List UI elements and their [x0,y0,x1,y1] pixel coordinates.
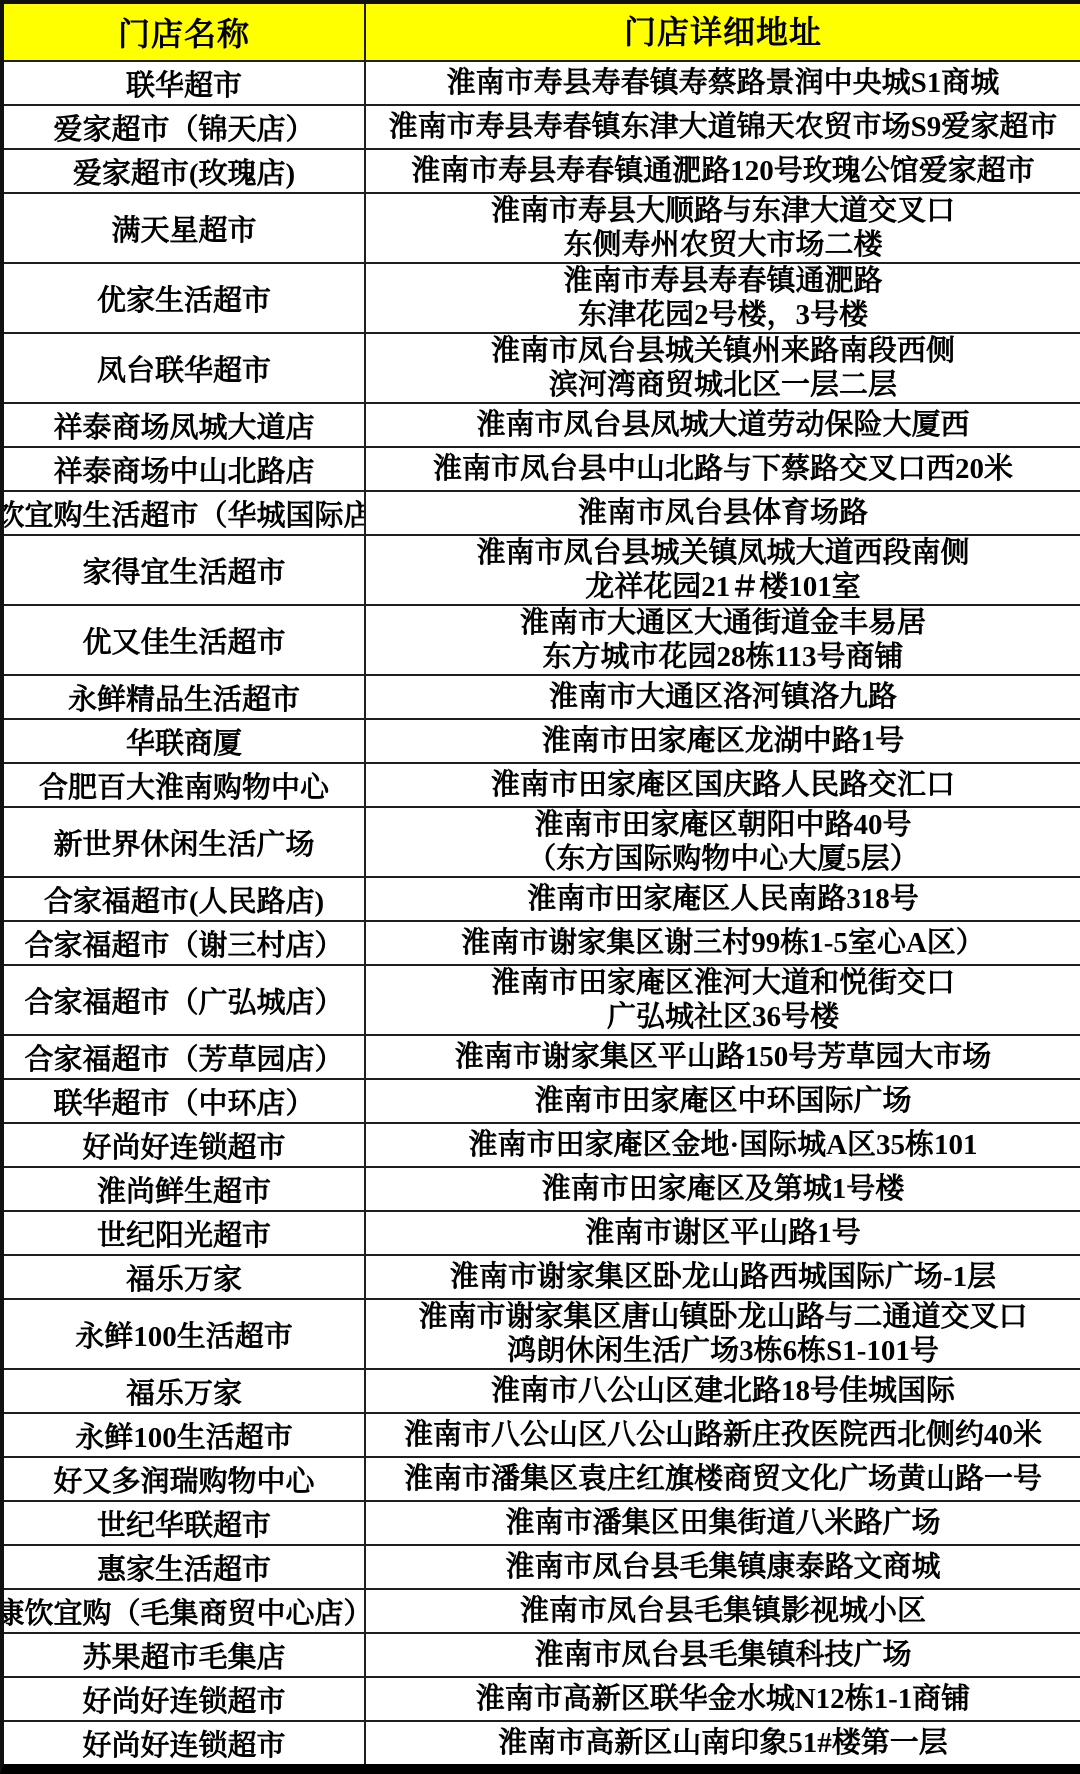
store-address-cell: 淮南市寿县寿春镇东津大道锦天农贸市场S9爱家超市 [366,106,1080,148]
store-name-cell: 好又多润瑞购物中心 [4,1458,366,1500]
store-name: 合家福超市(人民路店) [44,879,324,920]
store-name: 凤台联华超市 [97,348,271,389]
address-line: 淮南市潘集区田集街道八米路广场 [505,1506,940,1540]
table-row: 合家福超市（广弘城店）淮南市田家庵区淮河大道和悦街交口广弘城社区36号楼 [4,966,1080,1036]
table-row: 永鲜精品生活超市淮南市大通区洛河镇洛九路 [4,676,1080,720]
address-line: 东侧寿州农贸大市场二楼 [563,228,882,262]
address-line: 淮南市田家庵区及第城1号楼 [542,1172,905,1206]
store-name-cell: 永鲜100生活超市 [4,1414,366,1456]
address-line: 淮南市大通区大通街道金丰易居 [520,606,926,640]
store-name: 好尚好连锁超市 [82,1125,285,1166]
store-address-cell: 淮南市寿县寿春镇寿蔡路景润中央城S1商城 [366,62,1080,104]
store-address-cell: 淮南市田家庵区金地·国际城A区35栋101 [366,1124,1080,1166]
address-line: 淮南市高新区联华金水城N12栋1-1商铺 [476,1682,971,1716]
address-line: 淮南市田家庵区朝阳中路40号 [534,808,911,842]
store-name-cell: 好尚好连锁超市 [4,1124,366,1166]
header-store-name-col: 门店名称 [4,4,366,60]
store-name: 好又多润瑞购物中心 [53,1459,314,1500]
table-row: 永鲜100生活超市淮南市八公山区八公山路新庄孜医院西北侧约40米 [4,1414,1080,1458]
store-name: 世纪华联超市 [97,1503,271,1544]
store-name: 世纪阳光超市 [97,1213,271,1254]
store-address-cell: 淮南市八公山区八公山路新庄孜医院西北侧约40米 [366,1414,1080,1456]
store-name: 祥泰商场中山北路店 [53,449,314,490]
store-name: 联华超市 [126,63,242,104]
store-name-cell: 合家福超市（广弘城店） [4,966,366,1034]
store-address-cell: 淮南市高新区山南印象51#楼第一层 [366,1722,1080,1764]
store-address-cell: 淮南市田家庵区龙湖中路1号 [366,720,1080,762]
address-line: 淮南市高新区山南印象51#楼第一层 [498,1726,948,1760]
store-name-cell: 华联商厦 [4,720,366,762]
address-line: 淮南市凤台县体育场路 [578,496,868,530]
store-address-cell: 淮南市谢区平山路1号 [366,1212,1080,1254]
header-store-name-label: 门店名称 [118,9,250,55]
store-name: 合家福超市（谢三村店） [24,923,343,964]
table-row: 优家生活超市淮南市寿县寿春镇通淝路东津花园2号楼，3号楼 [4,264,1080,334]
store-name: 华联商厦 [126,721,242,762]
table-row: 合家福超市（谢三村店）淮南市谢家集区谢三村99栋1-5室心A区） [4,922,1080,966]
table-row: 合家福超市（芳草园店）淮南市谢家集区平山路150号芳草园大市场 [4,1036,1080,1080]
store-name: 家得宜生活超市 [82,550,285,591]
store-address-cell: 淮南市大通区大通街道金丰易居东方城市花园28栋113号商铺 [366,606,1080,674]
store-name-cell: 合家福超市（谢三村店） [4,922,366,964]
table-row: 爱家超市(玫瑰店)淮南市寿县寿春镇通淝路120号玫瑰公馆爱家超市 [4,150,1080,194]
address-line: 滨河湾商贸城北区一层二层 [549,368,897,402]
address-line: 东方城市花园28栋113号商铺 [543,640,904,674]
address-line: 淮南市寿县寿春镇东津大道锦天农贸市场S9爱家超市 [389,110,1058,144]
table-row: 惠家生活超市淮南市凤台县毛集镇康泰路文商城 [4,1546,1080,1590]
table-row: 联华超市淮南市寿县寿春镇寿蔡路景润中央城S1商城 [4,62,1080,106]
table-row: 康饮宜购（毛集商贸中心店）淮南市凤台县毛集镇影视城小区 [4,1590,1080,1634]
table-row: 新世界休闲生活广场淮南市田家庵区朝阳中路40号（东方国际购物中心大厦5层） [4,808,1080,878]
store-address-cell: 淮南市谢家集区谢三村99栋1-5室心A区） [366,922,1080,964]
store-name-cell: 合家福超市（芳草园店） [4,1036,366,1078]
store-name-cell: 新世界休闲生活广场 [4,808,366,876]
store-name-cell: 联华超市 [4,62,366,104]
store-name-cell: 康饮宜购（毛集商贸中心店） [4,1590,366,1632]
table-row: 合家福超市(人民路店)淮南市田家庵区人民南路318号 [4,878,1080,922]
store-name: 祥泰商场凤城大道店 [53,405,314,446]
store-name-cell: 祥泰商场中山北路店 [4,448,366,490]
store-address-cell: 淮南市谢家集区平山路150号芳草园大市场 [366,1036,1080,1078]
store-name-cell: 世纪阳光超市 [4,1212,366,1254]
address-line: 淮南市寿县寿春镇通淝路120号玫瑰公馆爱家超市 [411,154,1035,188]
address-line: 淮南市凤台县毛集镇科技广场 [534,1638,911,1672]
table-row: 好又多润瑞购物中心淮南市潘集区袁庄红旗楼商贸文化广场黄山路一号 [4,1458,1080,1502]
store-name: 好尚好连锁超市 [82,1679,285,1720]
store-name-cell: 爱家超市(玫瑰店) [4,150,366,192]
header-store-address-col: 门店详细地址 [366,4,1080,60]
store-name-cell: 永鲜100生活超市 [4,1300,366,1368]
store-name-cell: 康饮宜购生活超市（华城国际店） [4,492,366,534]
table-row: 世纪华联超市淮南市潘集区田集街道八米路广场 [4,1502,1080,1546]
store-name-cell: 惠家生活超市 [4,1546,366,1588]
store-name-cell: 福乐万家 [4,1370,366,1412]
store-address-cell: 淮南市寿县大顺路与东津大道交叉口东侧寿州农贸大市场二楼 [366,194,1080,262]
address-line: 淮南市大通区洛河镇洛九路 [549,680,897,714]
store-name: 联华超市（中环店） [53,1081,314,1122]
address-line: 淮南市寿县大顺路与东津大道交叉口 [491,194,955,228]
store-address-cell: 淮南市寿县寿春镇通淝路东津花园2号楼，3号楼 [366,264,1080,332]
table-row: 凤台联华超市淮南市凤台县城关镇州来路南段西侧滨河湾商贸城北区一层二层 [4,334,1080,404]
store-address-cell: 淮南市大通区洛河镇洛九路 [366,676,1080,718]
store-name-cell: 永鲜精品生活超市 [4,676,366,718]
address-line: 淮南市田家庵区龙湖中路1号 [542,724,905,758]
address-line: 淮南市凤台县毛集镇影视城小区 [520,1594,926,1628]
header-row: 门店名称 门店详细地址 [4,4,1080,62]
table-row: 康饮宜购生活超市（华城国际店）淮南市凤台县体育场路 [4,492,1080,536]
store-address-cell: 淮南市凤台县毛集镇影视城小区 [366,1590,1080,1632]
store-address-cell: 淮南市潘集区田集街道八米路广场 [366,1502,1080,1544]
store-address-cell: 淮南市凤台县毛集镇康泰路文商城 [366,1546,1080,1588]
table-row: 福乐万家淮南市八公山区建北路18号佳城国际 [4,1370,1080,1414]
table-row: 爱家超市（锦天店）淮南市寿县寿春镇东津大道锦天农贸市场S9爱家超市 [4,106,1080,150]
store-address-cell: 淮南市高新区联华金水城N12栋1-1商铺 [366,1678,1080,1720]
store-name: 永鲜100生活超市 [75,1314,293,1355]
address-line: 淮南市谢家集区平山路150号芳草园大市场 [455,1040,992,1074]
store-name: 好尚好连锁超市 [82,1723,285,1764]
table-row: 好尚好连锁超市淮南市高新区山南印象51#楼第一层 [4,1722,1080,1766]
store-address-cell: 淮南市田家庵区国庆路人民路交汇口 [366,764,1080,806]
address-line: 淮南市凤台县城关镇州来路南段西侧 [491,334,955,368]
store-address-cell: 淮南市田家庵区人民南路318号 [366,878,1080,920]
store-name: 福乐万家 [126,1371,242,1412]
store-address-cell: 淮南市田家庵区淮河大道和悦街交口广弘城社区36号楼 [366,966,1080,1034]
address-line: 淮南市田家庵区金地·国际城A区35栋101 [468,1128,977,1162]
address-line: 淮南市谢家集区唐山镇卧龙山路与二通道交叉口 [418,1300,1027,1334]
store-address-cell: 淮南市田家庵区朝阳中路40号（东方国际购物中心大厦5层） [366,808,1080,876]
store-address-cell: 淮南市凤台县体育场路 [366,492,1080,534]
store-name: 新世界休闲生活广场 [53,822,314,863]
store-name-cell: 合肥百大淮南购物中心 [4,764,366,806]
table-row: 祥泰商场凤城大道店淮南市凤台县凤城大道劳动保险大厦西 [4,404,1080,448]
address-line: 淮南市八公山区建北路18号佳城国际 [491,1374,955,1408]
store-name-cell: 爱家超市（锦天店） [4,106,366,148]
address-line: 淮南市凤台县毛集镇康泰路文商城 [505,1550,940,1584]
table-row: 苏果超市毛集店淮南市凤台县毛集镇科技广场 [4,1634,1080,1678]
store-address-cell: 淮南市潘集区袁庄红旗楼商贸文化广场黄山路一号 [366,1458,1080,1500]
address-line: 淮南市谢区平山路1号 [585,1216,861,1250]
store-address-cell: 淮南市凤台县城关镇凤城大道西段南侧龙祥花园21＃楼101室 [366,536,1080,604]
store-name: 优又佳生活超市 [82,620,285,661]
store-name: 满天星超市 [111,208,256,249]
store-name: 合肥百大淮南购物中心 [39,765,329,806]
address-line: 淮南市寿县寿春镇通淝路 [563,264,882,298]
address-line: 淮南市八公山区八公山路新庄孜医院西北侧约40米 [404,1418,1042,1452]
address-line: 淮南市田家庵区淮河大道和悦街交口 [491,966,955,1000]
store-table: 门店名称 门店详细地址 联华超市淮南市寿县寿春镇寿蔡路景润中央城S1商城爱家超市… [0,0,1080,1774]
address-line: 淮南市谢家集区卧龙山路西城国际广场-1层 [450,1260,996,1294]
store-name-cell: 优又佳生活超市 [4,606,366,674]
store-name: 淮尚鲜生超市 [97,1169,271,1210]
address-line: 淮南市凤台县凤城大道劳动保险大厦西 [476,408,969,442]
store-name-cell: 苏果超市毛集店 [4,1634,366,1676]
table-row: 淮尚鲜生超市淮南市田家庵区及第城1号楼 [4,1168,1080,1212]
store-address-cell: 淮南市谢家集区卧龙山路西城国际广场-1层 [366,1256,1080,1298]
address-line: 淮南市田家庵区国庆路人民路交汇口 [491,768,955,802]
address-line: 淮南市谢家集区谢三村99栋1-5室心A区） [461,926,985,960]
address-line: 淮南市凤台县城关镇凤城大道西段南侧 [476,536,969,570]
table-row: 优又佳生活超市淮南市大通区大通街道金丰易居东方城市花园28栋113号商铺 [4,606,1080,676]
table-row: 华联商厦淮南市田家庵区龙湖中路1号 [4,720,1080,764]
table-row: 福乐万家淮南市谢家集区卧龙山路西城国际广场-1层 [4,1256,1080,1300]
store-name: 合家福超市（芳草园店） [24,1037,343,1078]
address-line: 东津花园2号楼，3号楼 [578,298,868,332]
table-row: 家得宜生活超市淮南市凤台县城关镇凤城大道西段南侧龙祥花园21＃楼101室 [4,536,1080,606]
address-line: 广弘城社区36号楼 [607,1000,839,1034]
store-name-cell: 优家生活超市 [4,264,366,332]
table-row: 世纪阳光超市淮南市谢区平山路1号 [4,1212,1080,1256]
table-row: 满天星超市淮南市寿县大顺路与东津大道交叉口东侧寿州农贸大市场二楼 [4,194,1080,264]
table-row: 祥泰商场中山北路店淮南市凤台县中山北路与下蔡路交叉口西20米 [4,448,1080,492]
table-row: 好尚好连锁超市淮南市田家庵区金地·国际城A区35栋101 [4,1124,1080,1168]
store-name: 爱家超市(玫瑰店) [73,151,295,192]
table-row: 联华超市（中环店）淮南市田家庵区中环国际广场 [4,1080,1080,1124]
store-name-cell: 满天星超市 [4,194,366,262]
store-address-cell: 淮南市寿县寿春镇通淝路120号玫瑰公馆爱家超市 [366,150,1080,192]
store-name: 惠家生活超市 [97,1547,271,1588]
store-name: 永鲜精品生活超市 [68,677,300,718]
store-name-cell: 好尚好连锁超市 [4,1678,366,1720]
table-row: 好尚好连锁超市淮南市高新区联华金水城N12栋1-1商铺 [4,1678,1080,1722]
store-name: 永鲜100生活超市 [75,1415,293,1456]
address-line: （东方国际购物中心大厦5层） [527,842,919,876]
store-name: 福乐万家 [126,1257,242,1298]
store-name-cell: 家得宜生活超市 [4,536,366,604]
store-name: 康饮宜购生活超市（华城国际店） [4,493,366,534]
header-store-address-label: 门店详细地址 [624,15,822,49]
store-name-cell: 淮尚鲜生超市 [4,1168,366,1210]
store-name-cell: 福乐万家 [4,1256,366,1298]
store-name: 康饮宜购（毛集商贸中心店） [4,1591,366,1632]
store-name-cell: 凤台联华超市 [4,334,366,402]
store-name: 苏果超市毛集店 [82,1635,285,1676]
address-line: 淮南市凤台县中山北路与下蔡路交叉口西20米 [433,452,1013,486]
address-line: 淮南市田家庵区人民南路318号 [527,882,919,916]
store-address-cell: 淮南市八公山区建北路18号佳城国际 [366,1370,1080,1412]
store-name-cell: 世纪华联超市 [4,1502,366,1544]
store-name-cell: 祥泰商场凤城大道店 [4,404,366,446]
store-name: 合家福超市（广弘城店） [24,980,343,1021]
store-address-cell: 淮南市凤台县凤城大道劳动保险大厦西 [366,404,1080,446]
store-address-cell: 淮南市田家庵区中环国际广场 [366,1080,1080,1122]
table-row: 永鲜100生活超市淮南市谢家集区唐山镇卧龙山路与二通道交叉口鸿朗休闲生活广场3栋… [4,1300,1080,1370]
address-line: 淮南市潘集区袁庄红旗楼商贸文化广场黄山路一号 [404,1462,1042,1496]
store-address-cell: 淮南市谢家集区唐山镇卧龙山路与二通道交叉口鸿朗休闲生活广场3栋6栋S1-101号 [366,1300,1080,1368]
store-name-cell: 好尚好连锁超市 [4,1722,366,1764]
store-name-cell: 合家福超市(人民路店) [4,878,366,920]
address-line: 龙祥花园21＃楼101室 [585,570,861,604]
store-address-cell: 淮南市凤台县毛集镇科技广场 [366,1634,1080,1676]
address-line: 鸿朗休闲生活广场3栋6栋S1-101号 [507,1334,939,1368]
address-line: 淮南市寿县寿春镇寿蔡路景润中央城S1商城 [447,66,1000,100]
store-name: 优家生活超市 [97,278,271,319]
store-address-cell: 淮南市凤台县中山北路与下蔡路交叉口西20米 [366,448,1080,490]
store-name: 爱家超市（锦天店） [53,107,314,148]
store-address-cell: 淮南市田家庵区及第城1号楼 [366,1168,1080,1210]
table-row: 合肥百大淮南购物中心淮南市田家庵区国庆路人民路交汇口 [4,764,1080,808]
store-name-cell: 联华超市（中环店） [4,1080,366,1122]
store-address-cell: 淮南市凤台县城关镇州来路南段西侧滨河湾商贸城北区一层二层 [366,334,1080,402]
address-line: 淮南市田家庵区中环国际广场 [534,1084,911,1118]
